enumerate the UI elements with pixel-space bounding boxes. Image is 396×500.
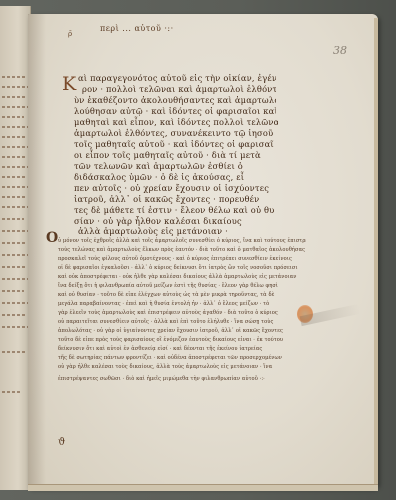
commentary-initial: Ο	[46, 230, 58, 246]
commentary-line: γὰρ ἐλεεῖν τοὺς ἁμαρτωλοὺς καὶ ἐπιστρέφε…	[58, 309, 296, 318]
commentary-line: ἵνα δείξῃ ὅτι ἡ φιλανθρωπία αὐτοῦ μείζων…	[58, 282, 308, 291]
page-edge-bottom	[28, 484, 378, 491]
commentary-line: οἱ δὲ φαρισαῖοι ἐγκαλοῦσι · ἀλλ᾽ ὁ κύριο…	[58, 264, 308, 273]
commentary-line: τῆς δὲ σωτηρίας πάντων φροντίζει · καὶ ο…	[58, 354, 296, 363]
commentary-line: τοὺς τελώνας καὶ ἁμαρτωλοὺς ἕλκων πρὸς ἑ…	[58, 246, 308, 255]
running-title: περὶ ... αὐτοῦ ·:·	[100, 24, 174, 33]
commentary-line: οὐ γὰρ ἦλθε καλέσαι τοὺς δικαίους, ἀλλὰ …	[58, 363, 296, 372]
commentary-line: δείκνυσιν ὅτι καὶ αὐτοὶ ἐν ἀσθενείᾳ εἰσί…	[58, 345, 296, 354]
commentary-line: καὶ οὐ θυσίαν · τοῦτο δὲ εἶπε ἐλέγχων αὐ…	[58, 291, 308, 300]
commentary-line: ἀπολωλότας · οὐ γὰρ οἱ ὑγιαίνοντες χρεία…	[58, 327, 296, 336]
commentary-line: ἐπιστρέψαντες σωθῶσι · διὸ καὶ ἡμεῖς μιμ…	[58, 375, 296, 384]
folio-number: 38	[333, 44, 347, 57]
header-margin-mark: ρ̄	[68, 30, 72, 38]
commentary-line: τοῦτο δὲ εἶπε πρὸς τοὺς φαρισαίους οἳ ἐν…	[58, 336, 296, 345]
gutter-shadow	[28, 14, 46, 488]
page-edge-right	[374, 18, 378, 486]
footer-margin-mark: ϑ	[58, 437, 65, 448]
main-text-initial: Κ	[62, 73, 76, 95]
main-text-line: ἀλλὰ ἁμαρτωλοὺς εἰς μετάνοιαν ·	[78, 225, 228, 237]
commentary-line: μεγάλα παραβαίνοντας · ἐπεὶ καὶ ἡ θυσία …	[58, 300, 296, 309]
commentary-line: οὐ παραιτεῖται συνεσθίειν αὐτοῖς · ἀλλὰ …	[58, 318, 296, 327]
commentary-line: καὶ οὐκ ἀποστρέφεται · οὐκ ἦλθε γὰρ καλέ…	[58, 273, 308, 282]
commentary-line: προσκαλεῖ τοὺς φίλους αὐτοῦ ὁμοτέχνους ·…	[58, 255, 308, 264]
commentary-line: ὐ μόνον τοῖς ἐχθροῖς ἀλλὰ καὶ τοῖς ἁμαρτ…	[58, 237, 306, 246]
left-page-edge	[0, 6, 31, 490]
